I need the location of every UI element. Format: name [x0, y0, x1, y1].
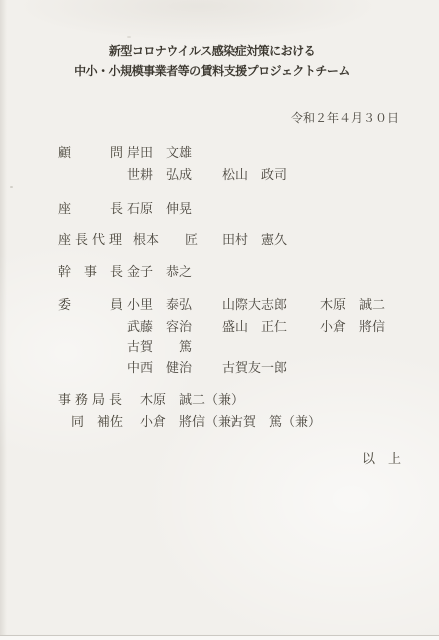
roster-row-advisor-2: 世耕 弘成 松山 政司	[0, 169, 439, 185]
member-name: 岸田 文雄	[127, 147, 192, 161]
roster-row-secretariat-assistant: 同 補佐 小倉 將信（兼） 古賀 篤（兼）	[0, 416, 439, 432]
member-name: 石原 伸晃	[127, 203, 192, 217]
scan-speck	[10, 186, 13, 188]
document-title-line2: 中小・小規模事業者等の賃料支援プロジェクトチーム	[0, 64, 424, 78]
role-label: 座長代理	[58, 234, 126, 248]
member-name: 木原 誠二	[320, 299, 385, 313]
roster-row-members-2: 武藤 容治 盛山 正仁 小倉 將信	[0, 321, 439, 337]
document-date: 令和２年４月３０日	[291, 111, 399, 125]
roster-row-members-3: 古賀 篤	[0, 341, 439, 357]
role-label: 幹 事 長	[58, 266, 123, 280]
role-label: 事務局長	[58, 394, 126, 408]
member-name: 根本 匠	[133, 234, 198, 248]
member-name: 盛山 正仁	[222, 321, 287, 335]
member-name: 中西 健治	[127, 362, 192, 376]
member-name: 古賀 篤（兼）	[230, 416, 321, 430]
roster-row-secretary-general: 幹 事 長 金子 恭之	[0, 266, 439, 282]
role-label: 顧 問	[58, 147, 123, 161]
scanned-document-page: 新型コロナウイルス感染症対策における 中小・小規模事業者等の賃料支援プロジェクト…	[0, 0, 439, 640]
member-name: 松山 政司	[222, 169, 287, 183]
scan-bottom-edge	[0, 635, 439, 640]
roster-row-members-1: 委 員 小里 泰弘 山際大志郎 木原 誠二	[0, 299, 439, 315]
roster-row-secretariat-head: 事務局長 木原 誠二（兼）	[0, 394, 439, 410]
roster-row-deputy-chair: 座長代理 根本 匠 田村 憲久	[0, 234, 439, 250]
member-name: 木原 誠二（兼）	[140, 394, 244, 408]
role-label: 座 長	[58, 203, 123, 217]
member-name: 古賀 篤	[127, 341, 192, 355]
roster-row-chair: 座 長 石原 伸晃	[0, 203, 439, 219]
member-name: 金子 恭之	[127, 266, 192, 280]
role-label: 同 補佐	[58, 416, 123, 430]
member-name: 田村 憲久	[222, 234, 287, 248]
member-name: 小里 泰弘	[127, 299, 192, 313]
member-name: 古賀友一郎	[222, 362, 287, 376]
document-title-line1: 新型コロナウイルス感染症対策における	[0, 44, 424, 58]
member-name: 山際大志郎	[222, 299, 287, 313]
member-name: 小倉 將信（兼）	[140, 416, 244, 430]
member-name: 武藤 容治	[127, 321, 192, 335]
scan-speck	[127, 36, 131, 38]
roster-row-advisor: 顧 問 岸田 文雄	[0, 147, 439, 163]
member-name: 小倉 將信	[320, 321, 385, 335]
member-name: 世耕 弘成	[127, 169, 192, 183]
role-label: 委 員	[58, 299, 123, 313]
roster-row-members-4: 中西 健治 古賀友一郎	[0, 362, 439, 378]
closing-mark: 以 上	[362, 448, 401, 467]
